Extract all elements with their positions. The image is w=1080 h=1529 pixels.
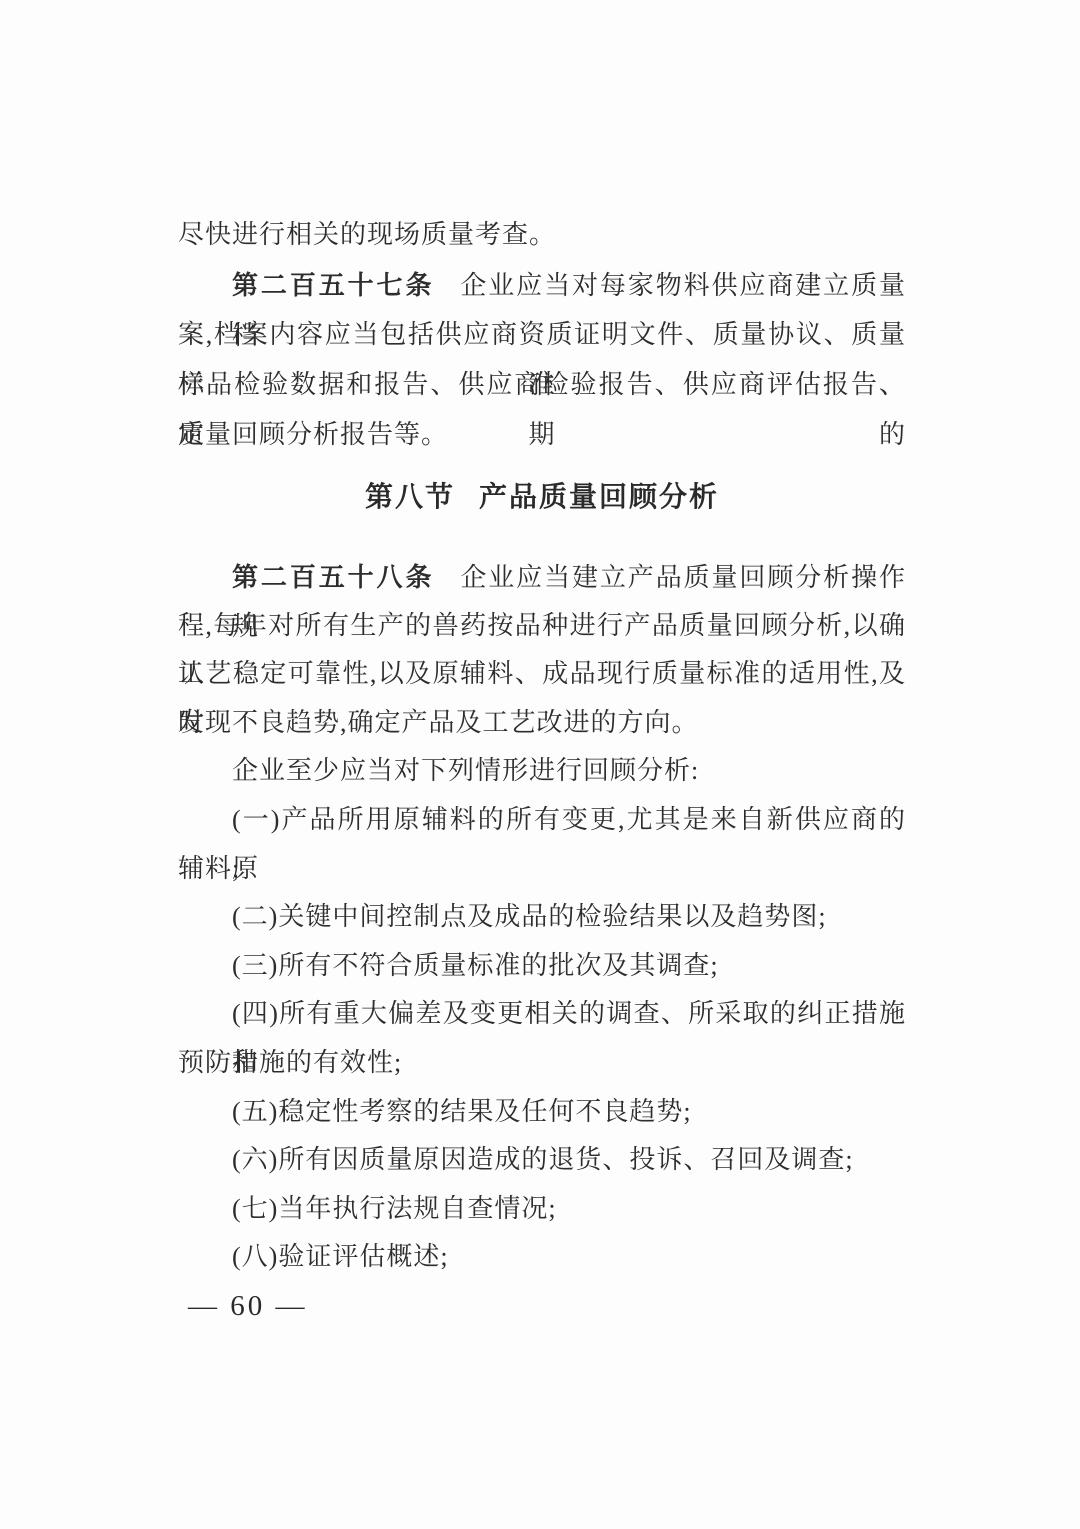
body-line-text: (二)关键中间控制点及成品的检验结果以及趋势图; (232, 902, 827, 931)
body-line-text: 发现不良趋势,确定产品及工艺改进的方向。 (178, 708, 699, 737)
document-page: 尽快进行相关的现场质量考查。 第二百五十七条企业应当对每家物料供应商建立质量档 … (0, 0, 1080, 1529)
page-number: — 60 — (188, 1290, 308, 1322)
section-heading: 第八节产品质量回顾分析 (178, 476, 906, 518)
body-line: 企业至少应当对下列情形进行回顾分析: (178, 747, 906, 796)
body-line-text: 企业至少应当对下列情形进行回顾分析: (232, 756, 699, 785)
article-257-first-line: 第二百五十七条企业应当对每家物料供应商建立质量档 (178, 260, 906, 310)
article-258-first-line: 第二百五十八条企业应当建立产品质量回顾分析操作规 (178, 553, 906, 602)
body-line-text: 质量回顾分析报告等。 (178, 420, 448, 449)
section-number: 第八节 (365, 481, 455, 512)
list-item-7: (七)当年执行法规自查情况; (178, 1185, 906, 1234)
body-line-text: 预防措施的有效性; (178, 1048, 402, 1077)
list-item-2: (二)关键中间控制点及成品的检验结果以及趋势图; (178, 893, 906, 942)
list-item-1-continuation: 辅料; (178, 845, 906, 894)
list-item-6: (六)所有因质量原因造成的退货、投诉、召回及调查; (178, 1136, 906, 1185)
article-257-number: 第二百五十七条 (232, 270, 434, 300)
article-258-number: 第二百五十八条 (232, 562, 434, 592)
body-line-text: 尽快进行相关的现场质量考查。 (178, 220, 556, 249)
body-line-text: (五)稳定性考察的结果及任何不良趋势; (232, 1097, 692, 1126)
body-line-text: (八)验证评估概述; (232, 1242, 449, 1271)
body-line: 案,档案内容应当包括供应商资质证明文件、质量协议、质量标准、 (178, 310, 906, 360)
body-line-text: (七)当年执行法规自查情况; (232, 1194, 557, 1223)
list-item-8: (八)验证评估概述; (178, 1233, 906, 1282)
body-line: 工艺稳定可靠性,以及原辅料、成品现行质量标准的适用性,及时 (178, 650, 906, 699)
list-item-4: (四)所有重大偏差及变更相关的调查、所采取的纠正措施和 (178, 990, 906, 1039)
list-item-4-continuation: 预防措施的有效性; (178, 1039, 906, 1088)
body-line-text: (六)所有因质量原因造成的退货、投诉、召回及调查; (232, 1145, 854, 1174)
list-item-5: (五)稳定性考察的结果及任何不良趋势; (178, 1088, 906, 1137)
body-line-text: (三)所有不符合质量标准的批次及其调查; (232, 951, 719, 980)
body-line: 样品检验数据和报告、供应商检验报告、供应商评估报告、定期的 (178, 360, 906, 410)
body-line: 程,每年对所有生产的兽药按品种进行产品质量回顾分析,以确认 (178, 602, 906, 651)
body-line-text: 辅料; (178, 854, 240, 883)
list-item-1: (一)产品所用原辅料的所有变更,尤其是来自新供应商的原 (178, 796, 906, 845)
body-line: 尽快进行相关的现场质量考查。 (178, 210, 906, 260)
paragraph-block-top: 尽快进行相关的现场质量考查。 第二百五十七条企业应当对每家物料供应商建立质量档 … (178, 210, 906, 460)
paragraph-block-main: 第二百五十八条企业应当建立产品质量回顾分析操作规 程,每年对所有生产的兽药按品种… (178, 553, 906, 1282)
section-title: 产品质量回顾分析 (479, 481, 719, 512)
body-line: 发现不良趋势,确定产品及工艺改进的方向。 (178, 699, 906, 748)
list-item-3: (三)所有不符合质量标准的批次及其调查; (178, 942, 906, 991)
